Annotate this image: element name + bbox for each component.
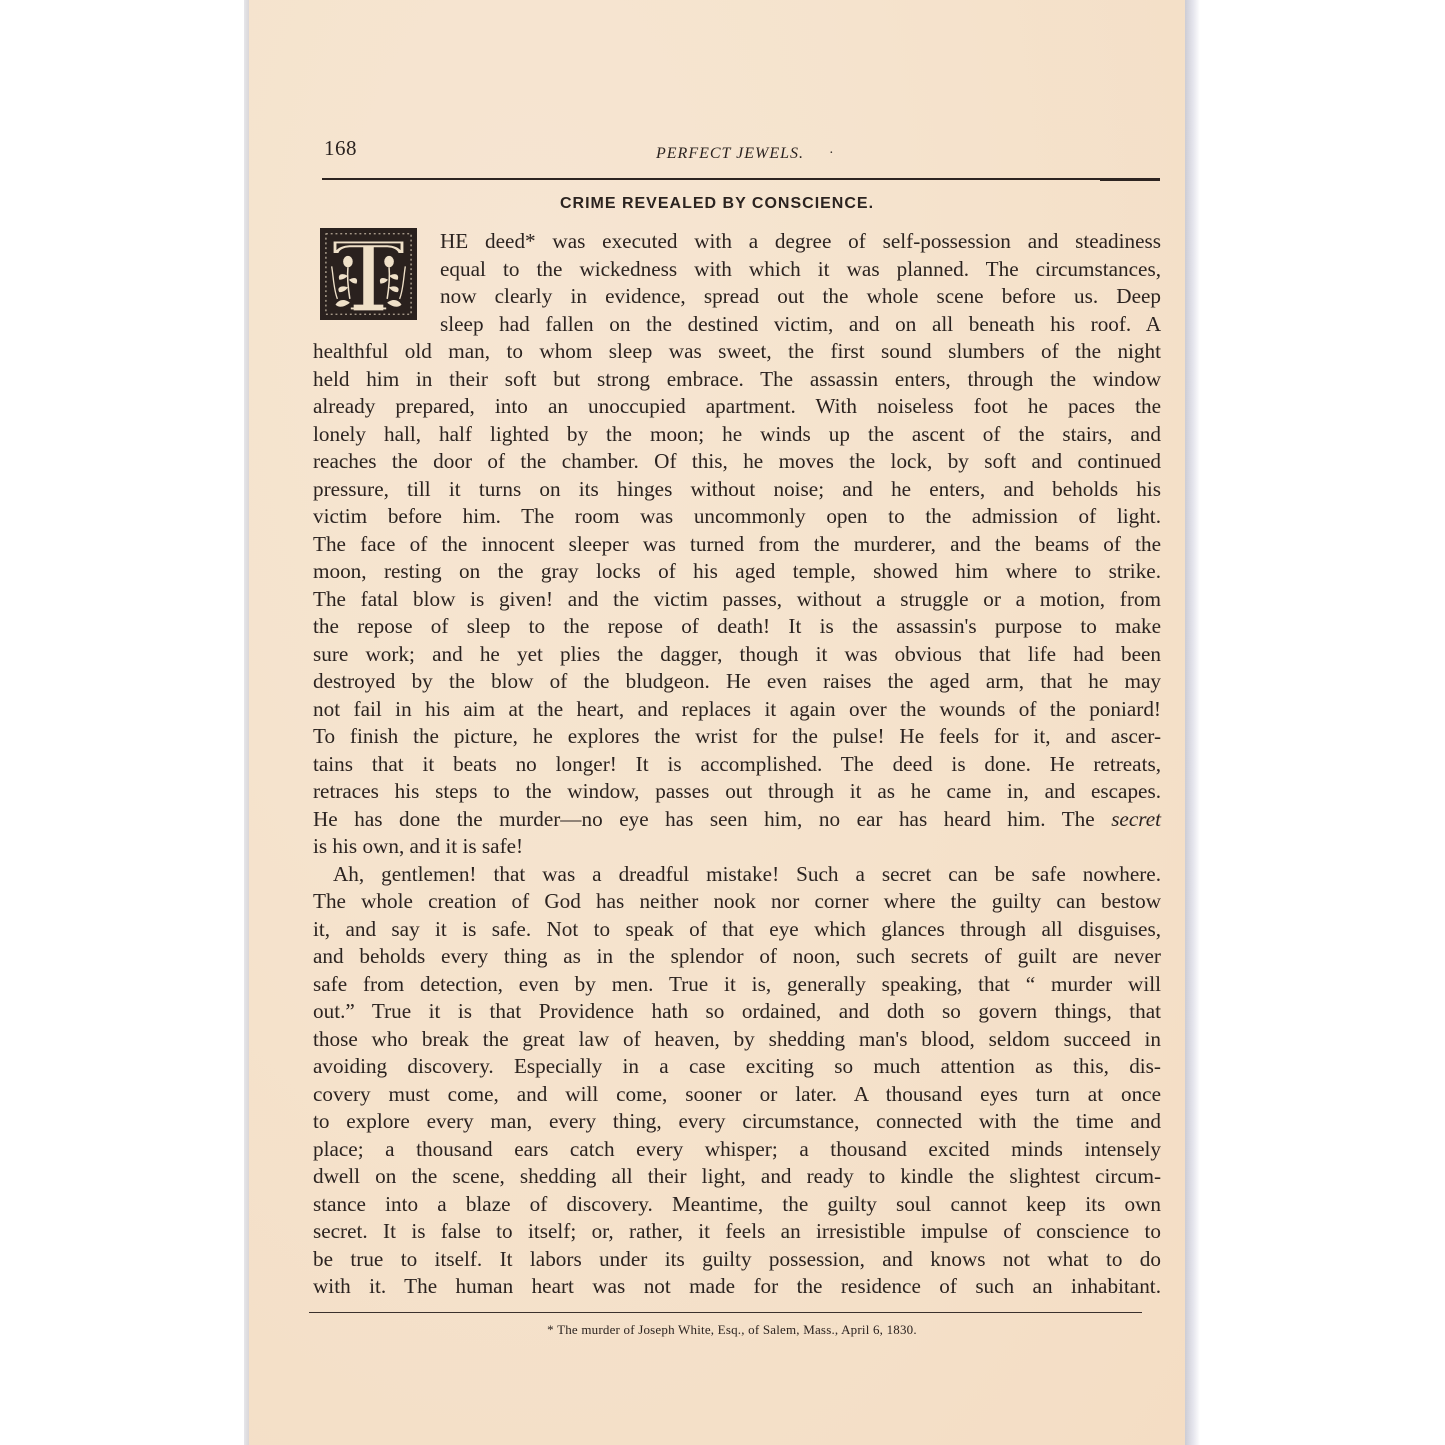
text-line: equal to the wickedness with which it wa… <box>313 256 1161 284</box>
text-line: The whole creation of God has neither no… <box>313 888 1161 916</box>
text-line: the repose of sleep to the repose of dea… <box>313 613 1161 641</box>
text-line: covery must come, and will come, sooner … <box>313 1081 1161 1109</box>
footnote: * The murder of Joseph White, Esq., of S… <box>249 1322 1185 1338</box>
text-line: safe from detection, even by men. True i… <box>313 971 1161 999</box>
article-body: HE deed* was executed with a degree of s… <box>313 228 1161 1301</box>
text-line: healthful old man, to whom sleep was swe… <box>313 338 1161 366</box>
text-line: lonely hall, half lighted by the moon; h… <box>313 421 1161 449</box>
text-line: tains that it beats no longer! It is acc… <box>313 751 1161 779</box>
text-line: moon, resting on the gray locks of his a… <box>313 558 1161 586</box>
book-page: 168 PERFECT JEWELS. · CRIME REVEALED BY … <box>249 0 1185 1445</box>
text-line: it, and say it is safe. Not to speak of … <box>313 916 1161 944</box>
text-line: is his own, and it is safe! <box>313 833 1161 861</box>
text-line: retraces his steps to the window, passes… <box>313 778 1161 806</box>
page-edge-shadow-right <box>1184 0 1200 1445</box>
text-segment: He has done the murder—no eye has seen h… <box>313 807 1095 831</box>
text-line: victim before him. The room was uncommon… <box>313 503 1161 531</box>
page-number: 168 <box>324 136 357 161</box>
text-line: not fail in his aim at the heart, and re… <box>313 696 1161 724</box>
text-line: out.” True it is that Providence hath so… <box>313 998 1161 1026</box>
running-title: PERFECT JEWELS. <box>656 145 804 163</box>
running-head: 168 PERFECT JEWELS. · <box>324 136 1159 166</box>
text-line: those who break the great law of heaven,… <box>313 1026 1161 1054</box>
text-line: The fatal blow is given! and the victim … <box>313 586 1161 614</box>
footnote-rule <box>309 1312 1142 1313</box>
text-line: To finish the picture, he explores the w… <box>313 723 1161 751</box>
text-line: and beholds every thing as in the splend… <box>313 943 1161 971</box>
paragraph-start-line: Ah, gentlemen! that was a dreadful mista… <box>313 861 1161 889</box>
text-line: with it. The human heart was not made fo… <box>313 1273 1161 1301</box>
text-line: HE deed* was executed with a degree of s… <box>313 228 1161 256</box>
text-line: reaches the door of the chamber. Of this… <box>313 448 1161 476</box>
text-line-with-italic: He has done the murder—no eye has seen h… <box>313 806 1161 834</box>
text-line: place; a thousand ears catch every whisp… <box>313 1136 1161 1164</box>
text-line: pressure, till it turns on its hinges wi… <box>313 476 1161 504</box>
header-rule <box>322 178 1160 180</box>
text-line: The face of the innocent sleeper was tur… <box>313 531 1161 559</box>
text-line: sure work; and he yet plies the dagger, … <box>313 641 1161 669</box>
text-line: held him in their soft but strong embrac… <box>313 366 1161 394</box>
italic-word: secret <box>1111 807 1161 831</box>
text-line: destroyed by the blow of the bludgeon. H… <box>313 668 1161 696</box>
text-line: stance into a blaze of discovery. Meanti… <box>313 1191 1161 1219</box>
text-line: now clearly in evidence, spread out the … <box>313 283 1161 311</box>
text-line: be true to itself. It labors under its g… <box>313 1246 1161 1274</box>
running-mark: · <box>829 146 834 162</box>
text-line: sleep had fallen on the destined victim,… <box>313 311 1161 339</box>
text-line: secret. It is false to itself; or, rathe… <box>313 1218 1161 1246</box>
text-line: already prepared, into an unoccupied apa… <box>313 393 1161 421</box>
text-line: avoiding discovery. Especially in a case… <box>313 1053 1161 1081</box>
text-line: dwell on the scene, shedding all their l… <box>313 1163 1161 1191</box>
article-title: CRIME REVEALED BY CONSCIENCE. <box>249 195 1185 213</box>
text-line: to explore every man, every thing, every… <box>313 1108 1161 1136</box>
